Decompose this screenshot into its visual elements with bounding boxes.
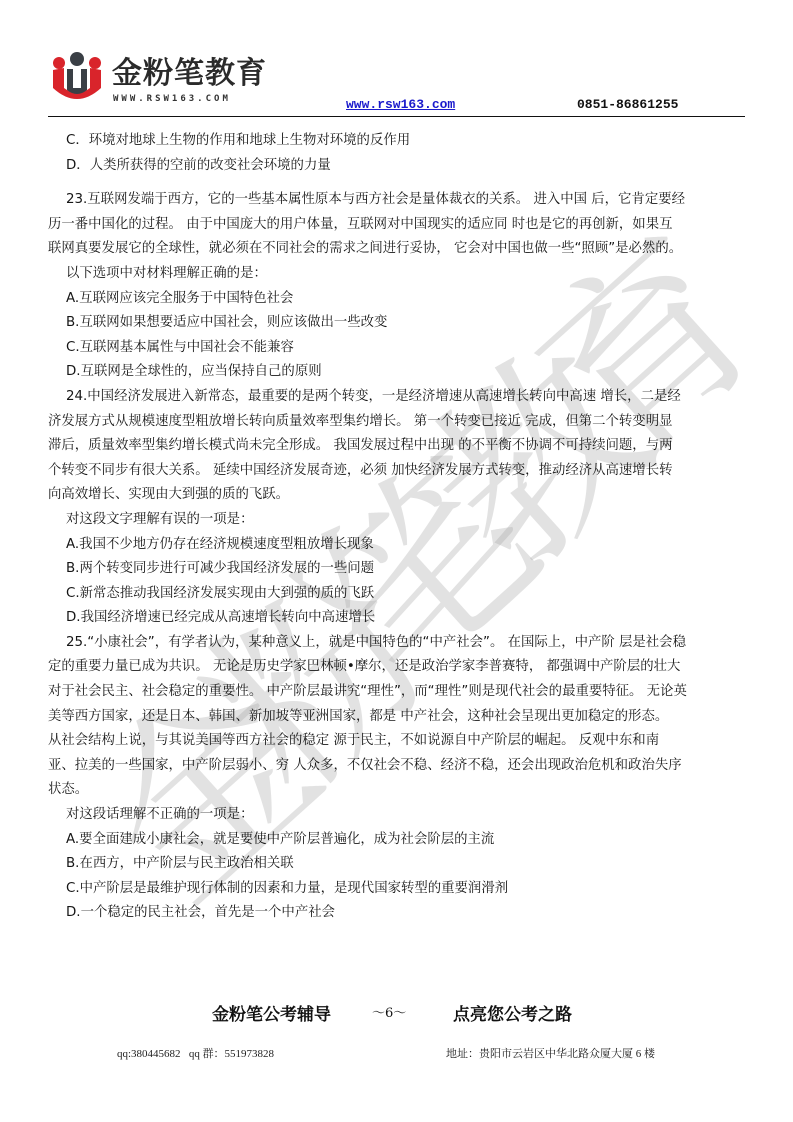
footer-qq-info: qq:380445682 qq 群：551973828	[117, 1045, 274, 1061]
header-divider	[48, 116, 745, 117]
question-prompt: 对这段文字理解有误的一项是：	[48, 508, 745, 533]
stem-line: 美等西方国家，还是日本、韩国、新加坡等亚洲国家，都是 中产社会，这种社会呈现出更…	[48, 705, 745, 730]
stem-line: 联网真要发展它的全球性，就必须在不同社会的需求之间进行妥协， 它会对中国也做一些…	[48, 237, 745, 262]
footer-address: 地址：贵阳市云岩区中华北路众厦大厦 6 楼	[446, 1045, 655, 1061]
question-24: 24.中国经济发展进入新常态，最重要的是两个转变，一是经济增速从高速增长转向中高…	[48, 385, 745, 631]
option-b: B.两个转变同步进行可减少我国经济发展的一些问题	[48, 557, 745, 582]
option-c: C.新常态推动我国经济发展实现由大到强的质的飞跃	[48, 582, 745, 607]
stem-line: 滞后，质量效率型集约增长模式尚未完全形成。 我国发展过程中出现 的不平衡不协调不…	[48, 434, 745, 459]
footer-slogan-right: 点亮您公考之路	[453, 1000, 572, 1025]
option-b: B.互联网如果想要适应中国社会，则应该做出一些改变	[48, 311, 745, 336]
stem-line: 亚、拉美的一些国家，中产阶层弱小、穷 人众多，不仅社会不稳、经济不稳，还会出现政…	[48, 754, 745, 779]
stem-line: 25.“小康社会”，有学者认为，某种意义上，就是中国特色的“中产社会”。 在国际…	[48, 631, 745, 656]
stem-line: 向高效增长、实现由大到强的质的飞跃。	[48, 483, 745, 508]
website-link[interactable]: www.rsw163.com	[346, 97, 455, 112]
logo-title: 金粉笔教育	[112, 58, 267, 90]
stem-line: 24.中国经济发展进入新常态，最重要的是两个转变，一是经济增速从高速增长转向中高…	[48, 385, 745, 410]
contact-phone: 0851-86861255	[577, 97, 678, 112]
stem-line: 定的重要力量已成为共识。 无论是历史学家巴林顿•摩尔，还是政治学家李普赛特， 都…	[48, 655, 745, 680]
option-line: C．环境对地球上生物的作用和地球上生物对环境的反作用	[48, 129, 745, 154]
stem-line: 个转变不同步有很大关系。 延续中国经济发展奇迹，必须 加快经济发展方式转变，推动…	[48, 459, 745, 484]
document-body: C．环境对地球上生物的作用和地球上生物对环境的反作用 D．人类所获得的空前的改变…	[48, 129, 745, 926]
option-a: A.要全面建成小康社会，就是要使中产阶层普遍化，成为社会阶层的主流	[48, 828, 745, 853]
footer-slogan-left: 金粉笔公考辅导	[212, 1000, 331, 1025]
page-footer: 金粉笔公考辅导 ～6～ 点亮您公考之路	[0, 1000, 793, 1026]
stem-line: 状态。	[48, 778, 745, 803]
question-25: 25.“小康社会”，有学者认为，某种意义上，就是中国特色的“中产社会”。 在国际…	[48, 631, 745, 926]
stem-line: 从社会结构上说，与其说美国等西方社会的稳定 源于民主，不如说源自中产阶层的崛起。…	[48, 729, 745, 754]
stem-line: 历一番中国化的过程。 由于中国庞大的用户体量，互联网对中国现实的适应同 时也是它…	[48, 213, 745, 238]
option-d: D.一个稳定的民主社会，首先是一个中产社会	[48, 901, 745, 926]
document-page: 金粉笔教育 WWW.RSW163.COM www.rsw163.com 0851…	[0, 0, 793, 1122]
stem-line: 23.互联网发端于西方，它的一些基本属性原本与西方社会是量体裁衣的关系。 进入中…	[48, 188, 745, 213]
stem-line: 对于社会民主、社会稳定的重要性。 中产阶层最讲究“理性”，而“理性”则是现代社会…	[48, 680, 745, 705]
stem-line: 济发展方式从规模速度型粗放增长转向质量效率型集约增长。 第一个转变已接近 完成，…	[48, 410, 745, 435]
logo-subtitle: WWW.RSW163.COM	[113, 94, 231, 104]
option-b: B.在西方，中产阶层与民主政治相关联	[48, 852, 745, 877]
option-a: A.互联网应该完全服务于中国特色社会	[48, 287, 745, 312]
option-c: C.互联网基本属性与中国社会不能兼容	[48, 336, 745, 361]
option-line: D．人类所获得的空前的改变社会环境的力量	[48, 154, 745, 179]
qq-group: qq 群：551973828	[189, 1048, 274, 1060]
option-d: D.我国经济增速已经完成从高速增长转向中高速增长	[48, 606, 745, 631]
option-c: C.中产阶层是最维护现行体制的因素和力量，是现代国家转型的重要润滑剂	[48, 877, 745, 902]
question-prompt: 对这段话理解不正确的一项是：	[48, 803, 745, 828]
question-23: 23.互联网发端于西方，它的一些基本属性原本与西方社会是量体裁衣的关系。 进入中…	[48, 188, 745, 385]
qq-number: qq:380445682	[117, 1048, 181, 1060]
page-number: ～6～	[372, 1002, 406, 1021]
page-header: 金粉笔教育 WWW.RSW163.COM www.rsw163.com 0851…	[48, 44, 745, 116]
option-d: D.互联网是全球性的，应当保持自己的原则	[48, 360, 745, 385]
option-a: A.我国不少地方仍存在经济规模速度型粗放增长现象	[48, 533, 745, 558]
question-prompt: 以下选项中对材料理解正确的是：	[48, 262, 745, 287]
logo-icon	[50, 50, 104, 104]
